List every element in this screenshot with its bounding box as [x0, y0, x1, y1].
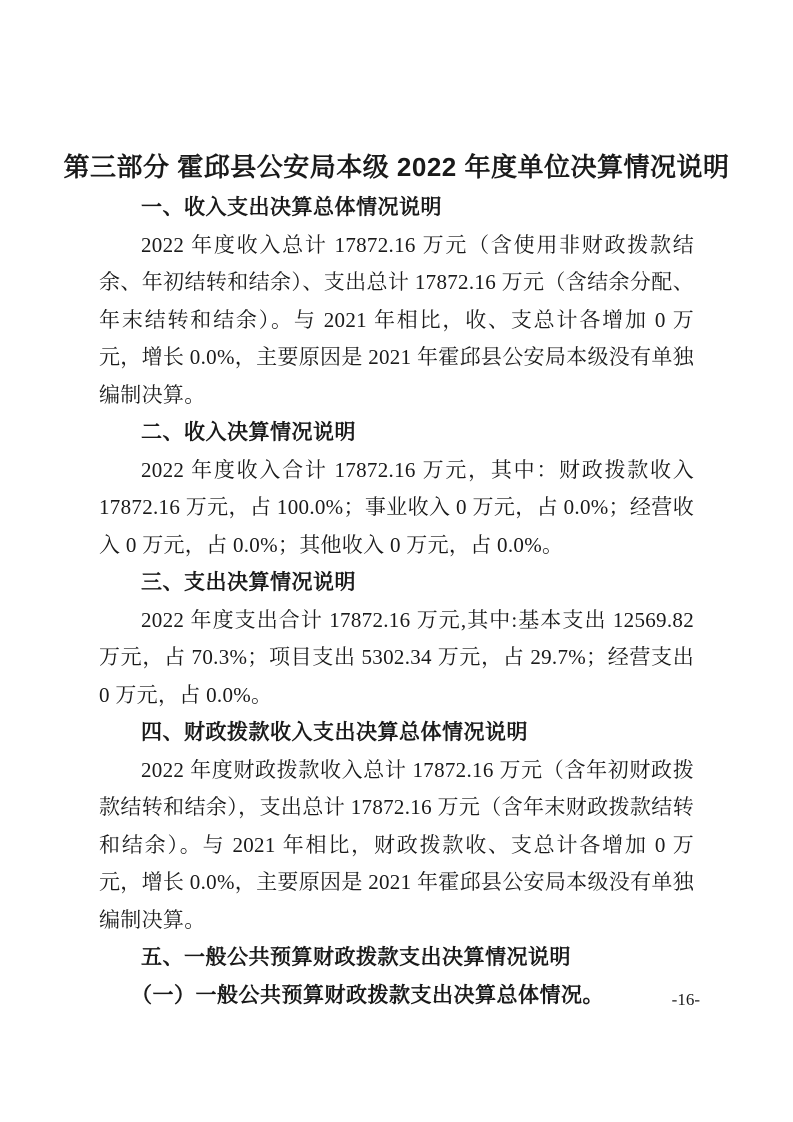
section-heading-2: 二、收入决算情况说明	[99, 414, 694, 452]
section-paragraph-1: 2022 年度收入总计 17872.16 万元（含使用非财政拨款结余、年初结转和…	[99, 227, 694, 415]
document-body: 一、收入支出决算总体情况说明 2022 年度收入总计 17872.16 万元（含…	[99, 189, 694, 1014]
section-heading-4: 四、财政拨款收入支出决算总体情况说明	[99, 714, 694, 752]
section-paragraph-4: 2022 年度财政拨款收入总计 17872.16 万元（含年初财政拨款结转和结余…	[99, 752, 694, 940]
section-heading-5: 五、一般公共预算财政拨款支出决算情况说明	[99, 939, 694, 977]
section-heading-1: 一、收入支出决算总体情况说明	[99, 189, 694, 227]
section-fiscal-appropriation-overview: 四、财政拨款收入支出决算总体情况说明 2022 年度财政拨款收入总计 17872…	[99, 714, 694, 939]
section-subheading-5-1: （一）一般公共预算财政拨款支出决算总体情况。	[99, 977, 694, 1015]
section-income-expenditure-overview: 一、收入支出决算总体情况说明 2022 年度收入总计 17872.16 万元（含…	[99, 189, 694, 414]
page-number: -16-	[672, 990, 700, 1010]
section-income-settlement: 二、收入决算情况说明 2022 年度收入合计 17872.16 万元，其中：财政…	[99, 414, 694, 564]
section-heading-3: 三、支出决算情况说明	[99, 564, 694, 602]
section-expenditure-settlement: 三、支出决算情况说明 2022 年度支出合计 17872.16 万元,其中:基本…	[99, 564, 694, 714]
document-title: 第三部分 霍邱县公安局本级 2022 年度单位决算情况说明	[0, 145, 793, 189]
section-paragraph-3: 2022 年度支出合计 17872.16 万元,其中:基本支出 12569.82…	[99, 602, 694, 715]
section-general-public-budget: 五、一般公共预算财政拨款支出决算情况说明 （一）一般公共预算财政拨款支出决算总体…	[99, 939, 694, 1014]
section-paragraph-2: 2022 年度收入合计 17872.16 万元，其中：财政拨款收入 17872.…	[99, 452, 694, 565]
document-page: 第三部分 霍邱县公安局本级 2022 年度单位决算情况说明 一、收入支出决算总体…	[0, 0, 793, 1122]
